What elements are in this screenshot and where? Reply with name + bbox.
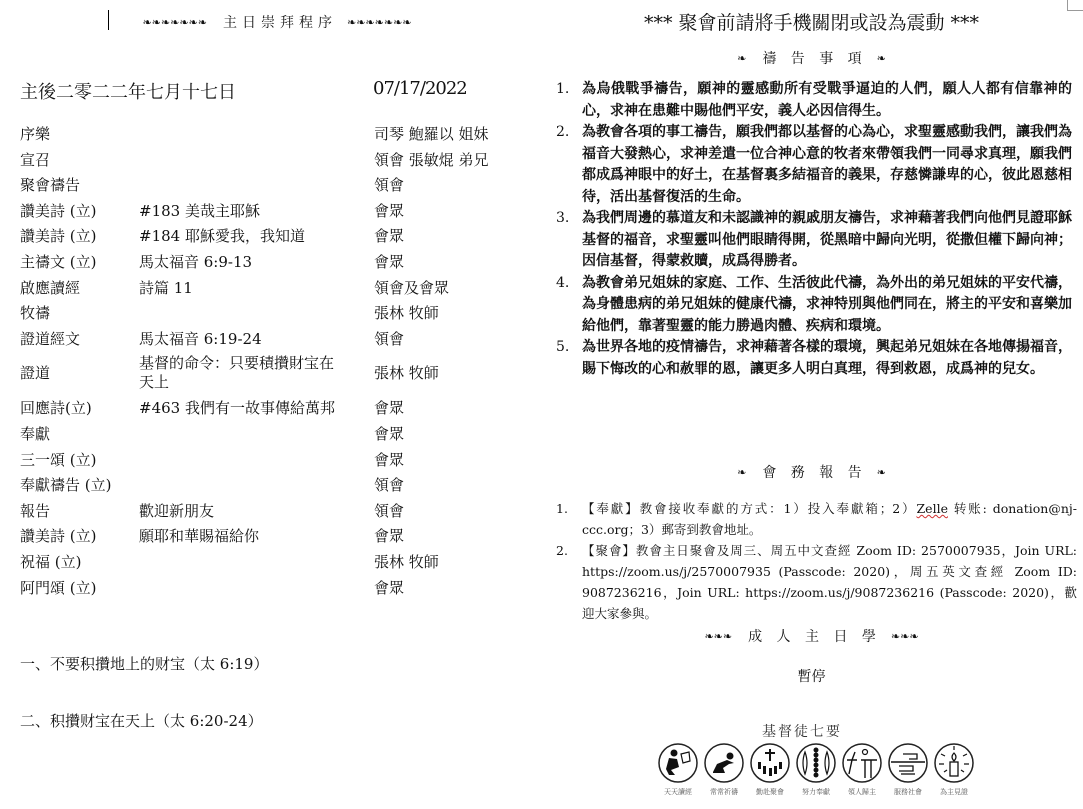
table-row: 祝福 (立) 張林 牧師 [20, 550, 530, 576]
service-leader: 會眾 [374, 524, 404, 550]
service-leader: 會眾 [374, 448, 404, 474]
seven-essentials-title: 基督徒七要 [762, 721, 842, 741]
service-content: #183 美哉主耶穌 [139, 199, 369, 225]
evangelism-icon [841, 742, 883, 784]
service-item: 奉獻禱告 (立) [20, 473, 111, 499]
item-number: 1. [556, 498, 568, 519]
date-chinese: 主後二零二二年七月十七日 [20, 78, 236, 104]
essential-label: 為主見證 [940, 787, 968, 797]
service-item: 證道經文 [20, 327, 80, 353]
gathering-icon [749, 742, 791, 784]
essential-item: 努力奉獻 [794, 742, 838, 797]
ornament-icon: ❧❧❧❧❧❧❧ [142, 16, 207, 29]
service-item: 報告 [20, 499, 50, 525]
service-item: 證道 [20, 361, 50, 387]
table-row: 聚會禱告 領會 [20, 173, 530, 199]
table-row: 主禱文 (立) 馬太福音 6:9-13 會眾 [20, 250, 530, 276]
service-item: 奉獻 [20, 422, 50, 448]
item-number: 3. [556, 208, 569, 230]
service-leader: 司琴 鮑羅以 姐妹 [374, 122, 489, 148]
table-row: 讚美詩 (立) 願耶和華賜福給你 會眾 [20, 524, 530, 550]
service-item: 啟應讀經 [20, 276, 80, 302]
announcement-list: 1. 【奉獻】教會接收奉獻的方式：1）投入奉獻箱；2）Zelle 转账: don… [552, 498, 1077, 624]
essential-label: 服務社會 [894, 787, 922, 797]
service-content: 馬太福音 6:9-13 [139, 250, 369, 276]
service-item: 宣召 [20, 148, 50, 174]
service-item: 三一頌 (立) [20, 448, 96, 474]
service-item: 讚美詩 (立) [20, 199, 96, 225]
service-leader: 會眾 [374, 250, 404, 276]
table-row: 序樂 司琴 鮑羅以 姐妹 [20, 122, 530, 148]
prayer-text: 為教會弟兄姐妹的家庭、工作、生活彼此代禱，為外出的弟兄姐妹的平安代禱，為身體患病… [582, 275, 1072, 334]
table-row: 讚美詩 (立) #184 耶穌愛我，我知道 會眾 [20, 224, 530, 250]
item-number: 2. [556, 122, 569, 144]
offering-icon [795, 742, 837, 784]
candle-witness-icon [933, 742, 975, 784]
service-content: 馬太福音 6:19-24 [139, 327, 369, 353]
essential-label: 努力奉獻 [802, 787, 830, 797]
prayer-section-title: 禱 告 事 項 [762, 48, 866, 68]
service-content: 歡迎新朋友 [139, 499, 369, 525]
order-of-service-table: 序樂 司琴 鮑羅以 姐妹 宣召 領會 張敏焜 弟兄 聚會禱告 領會 讚美詩 (立… [20, 122, 530, 601]
text-cursor [108, 10, 109, 30]
prayer-text: 為烏俄戰爭禱告，願神的靈感動所有受戰爭逼迫的人們，願人人都有信靠神的心，求神在患… [582, 81, 1072, 119]
essential-label: 常常祈禱 [710, 787, 738, 797]
table-row: 證道經文 馬太福音 6:19-24 領會 [20, 327, 530, 353]
service-item: 聚會禱告 [20, 173, 80, 199]
announcement-text: 【奉獻】教會接收奉獻的方式：1）投入奉獻箱；2） [582, 501, 916, 516]
ornament-icon: ❧❧❧ [704, 630, 732, 643]
service-leader: 領會 [374, 173, 404, 199]
reading-bible-icon [657, 742, 699, 784]
ornament-icon: ❧❧❧ [891, 630, 919, 643]
service-content: 願耶和華賜福給你 [139, 524, 369, 550]
service-leader: 會眾 [374, 396, 404, 422]
table-row: 奉獻禱告 (立) 領會 [20, 473, 530, 499]
service-leader: 會眾 [374, 422, 404, 448]
service-content: #184 耶穌愛我，我知道 [139, 224, 369, 250]
prayer-text: 為教會各項的事工禱告，願我們都以基督的心為心，求聖靈感動我們，讓我們為福音大發熱… [582, 124, 1072, 205]
ornament-icon: ❧ [737, 466, 746, 479]
service-leader: 會眾 [374, 576, 404, 602]
service-leader: 領會 [374, 499, 404, 525]
table-row: 三一頌 (立) 會眾 [20, 448, 530, 474]
essential-item: 領人歸主 [840, 742, 884, 797]
ornament-icon: ❧ [737, 52, 746, 65]
service-item: 序樂 [20, 122, 50, 148]
spellcheck-flagged-word[interactable]: Zelle [916, 501, 947, 516]
essential-item: 勤赴聚會 [748, 742, 792, 797]
prayer-heading: ❧ 禱 告 事 項 ❧ [540, 48, 1083, 68]
service-leader: 領會 張敏焜 弟兄 [374, 148, 489, 174]
date-numeric: 07/17/2022 [373, 78, 467, 99]
table-row: 阿門頌 (立) 會眾 [20, 576, 530, 602]
ornament-icon: ❧❧❧❧❧❧❧ [347, 16, 412, 29]
service-content: 詩篇 11 [139, 276, 369, 302]
table-row: 報告 歡迎新朋友 領會 [20, 499, 530, 525]
list-item: 2. 【聚會】教會主日聚會及周三、周五中文查經 Zoom ID: 2570007… [552, 540, 1077, 624]
service-item: 主禱文 (立) [20, 250, 96, 276]
sunday-school-heading: ❧❧❧ 成 人 主 日 學 ❧❧❧ [540, 626, 1083, 646]
service-leader: 張林 牧師 [374, 301, 439, 327]
item-number: 4. [556, 273, 569, 295]
service-item: 阿門頌 (立) [20, 576, 96, 602]
item-number: 2. [556, 540, 568, 561]
ornament-icon: ❧ [877, 466, 886, 479]
service-item: 讚美詩 (立) [20, 524, 96, 550]
essential-item: 常常祈禱 [702, 742, 746, 797]
essential-item: 天天讀經 [656, 742, 700, 797]
announcement-heading: ❧ 會 務 報 告 ❧ [540, 462, 1083, 482]
essential-label: 勤赴聚會 [756, 787, 784, 797]
service-item: 牧禱 [20, 301, 50, 327]
list-item: 4. 為教會弟兄姐妹的家庭、工作、生活彼此代禱，為外出的弟兄姐妹的平安代禱，為身… [552, 273, 1072, 338]
service-icon [887, 742, 929, 784]
service-item: 讚美詩 (立) [20, 224, 96, 250]
table-row: 讚美詩 (立) #183 美哉主耶穌 會眾 [20, 199, 530, 225]
worship-order-title: 主日崇拜程序 [223, 12, 337, 32]
service-leader: 張林 牧師 [374, 361, 439, 387]
announcements-page: *** 聚會前請將手機關閉或設為震動 *** ❧ 禱 告 事 項 ❧ 1. 為烏… [540, 0, 1083, 809]
list-item: 5. 為世界各地的疫情禱告，求神藉著各樣的環境，興起弟兄姐妹在各地傳揚福音，賜下… [552, 337, 1072, 380]
list-item: 3. 為我們周邊的慕道友和未認識神的親戚朋友禱告，求神藉著我們向他們見證耶穌基督… [552, 208, 1072, 273]
table-row: 牧禱 張林 牧師 [20, 301, 530, 327]
list-item: 1. 【奉獻】教會接收奉獻的方式：1）投入奉獻箱；2）Zelle 转账: don… [552, 498, 1077, 540]
service-leader: 會眾 [374, 199, 404, 225]
service-leader: 領會 [374, 327, 404, 353]
list-item: 1. 為烏俄戰爭禱告，願神的靈感動所有受戰爭逼迫的人們，願人人都有信靠神的心，求… [552, 79, 1072, 122]
worship-order-heading: ❧❧❧❧❧❧❧ 主日崇拜程序 ❧❧❧❧❧❧❧ [112, 12, 442, 32]
sermon-title: 基督的命令：只要積攢財宝在天上 [139, 354, 344, 392]
announcement-text: 【聚會】教會主日聚會及周三、周五中文查經 Zoom ID: 2570007935… [582, 543, 1077, 621]
prayer-text: 為世界各地的疫情禱告，求神藉著各樣的環境，興起弟兄姐妹在各地傳揚福音，賜下悔改的… [582, 339, 1072, 377]
table-row: 證道 基督的命令：只要積攢財宝在天上 張林 牧師 [20, 352, 530, 396]
table-row: 奉獻 會眾 [20, 422, 530, 448]
essential-label: 領人歸主 [848, 787, 876, 797]
essential-label: 天天讀經 [664, 787, 692, 797]
service-leader: 領會及會眾 [374, 276, 449, 302]
sermon-point-2: 二、积攢财宝在天上（太 6:20-24） [20, 710, 263, 731]
table-row: 啟應讀經 詩篇 11 領會及會眾 [20, 276, 530, 302]
service-leader: 領會 [374, 473, 404, 499]
table-row: 宣召 領會 張敏焜 弟兄 [20, 148, 530, 174]
item-number: 1. [556, 79, 569, 101]
sunday-school-status: 暫停 [540, 666, 1083, 686]
sunday-school-title: 成 人 主 日 學 [748, 626, 881, 646]
service-content: #463 我們有一故事傳給萬邦 [139, 396, 369, 422]
table-row: 回應詩(立) #463 我們有一故事傳給萬邦 會眾 [20, 396, 530, 422]
prayer-list: 1. 為烏俄戰爭禱告，願神的靈感動所有受戰爭逼迫的人們，願人人都有信靠神的心，求… [552, 79, 1072, 380]
essential-item: 為主見證 [932, 742, 976, 797]
ornament-icon: ❧ [877, 52, 886, 65]
item-number: 5. [556, 337, 569, 359]
service-leader: 張林 牧師 [374, 550, 439, 576]
service-item: 祝福 (立) [20, 550, 81, 576]
seven-essentials-graphic: 天天讀經 常常祈禱 勤赴聚會 [656, 742, 976, 797]
worship-order-page: ❧❧❧❧❧❧❧ 主日崇拜程序 ❧❧❧❧❧❧❧ 主後二零二二年七月十七日 07/1… [0, 0, 540, 809]
service-leader: 會眾 [374, 224, 404, 250]
announcement-section-title: 會 務 報 告 [762, 462, 866, 482]
list-item: 2. 為教會各項的事工禱告，願我們都以基督的心為心，求聖靈感動我們，讓我們為福音… [552, 122, 1072, 208]
phone-silence-notice: *** 聚會前請將手機關閉或設為震動 *** [540, 8, 1083, 35]
sermon-point-1: 一、不要积攢地上的财宝（太 6:19） [20, 653, 268, 674]
prayer-text: 為我們周邊的慕道友和未認識神的親戚朋友禱告，求神藉著我們向他們見證耶穌基督的福音… [582, 210, 1072, 269]
praying-icon [703, 742, 745, 784]
essential-item: 服務社會 [886, 742, 930, 797]
service-item: 回應詩(立) [20, 396, 92, 422]
